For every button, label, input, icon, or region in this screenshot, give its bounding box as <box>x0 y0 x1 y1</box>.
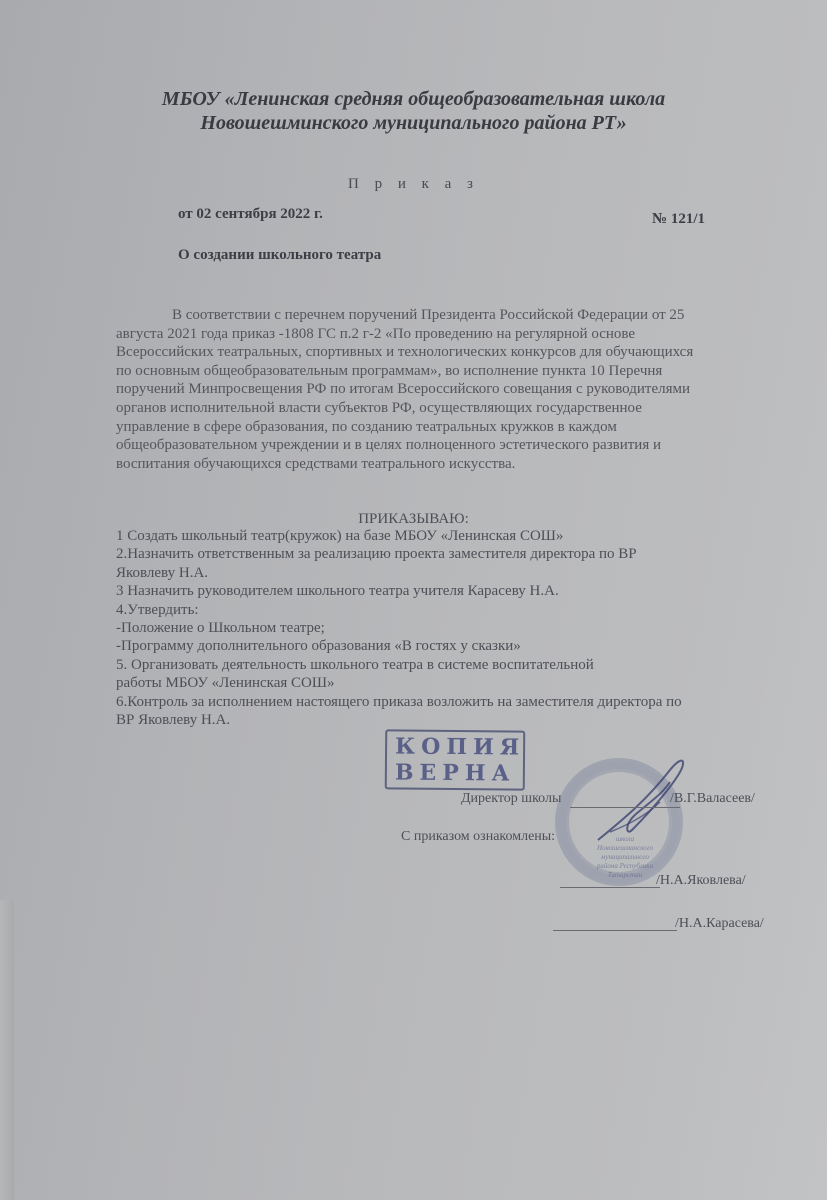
order-item: 3 Назначить руководителем школьного теат… <box>116 582 796 600</box>
preamble-line: В соответствии с перечнем поручений През… <box>116 306 776 325</box>
person2-name: /Н.А.Карасева/ <box>675 916 764 932</box>
preamble-line: общеобразовательном учреждении и в целях… <box>116 436 776 455</box>
preamble-paragraph: В соответствии с перечнем поручений През… <box>116 306 776 473</box>
scanned-document-page: МБОУ «Ленинская средняя общеобразователь… <box>0 0 827 1200</box>
order-item: 2.Назначить ответственным за реализацию … <box>116 545 796 563</box>
order-item: -Положение о Школьном театре; <box>116 619 796 637</box>
order-item: работы МБОУ «Ленинская СОШ» <box>116 674 796 692</box>
orders-list: 1 Создать школьный театр(кружок) на базе… <box>116 527 796 729</box>
order-item: -Программу дополнительного образования «… <box>116 637 796 655</box>
preamble-line: органов исполнительной власти субъектов … <box>116 399 776 418</box>
person2-signature-line <box>553 930 677 931</box>
director-signature-line <box>570 807 680 808</box>
orders-heading: ПРИКАЗЫВАЮ: <box>0 511 827 528</box>
organization-header: МБОУ «Ленинская средняя общеобразователь… <box>0 87 827 135</box>
preamble-line: по основным общеобразовательным программ… <box>116 362 776 381</box>
order-item: 4.Утвердить: <box>116 601 796 619</box>
order-item: 1 Создать школьный театр(кружок) на базе… <box>116 527 796 545</box>
document-title: П р и к а з <box>0 176 827 193</box>
order-item: Яковлеву Н.А. <box>116 564 796 582</box>
person1-name: /Н.А.Яковлева/ <box>656 873 746 889</box>
order-item: 6.Контроль за исполнением настоящего при… <box>116 693 796 711</box>
document-date: от 02 сентября 2022 г. <box>178 206 323 223</box>
order-item: 5. Организовать деятельность школьного т… <box>116 656 796 674</box>
document-number: № 121/1 <box>652 211 705 228</box>
acquainted-label: С приказом ознакомлены: <box>401 829 555 845</box>
header-line-1: МБОУ «Ленинская средняя общеобразователь… <box>0 87 827 111</box>
paper-edge <box>0 900 14 1200</box>
stamp-line-1: КОПИЯ <box>395 733 523 760</box>
order-item: ВР Яковлеву Н.А. <box>116 711 796 729</box>
header-line-2: Новошешминского муниципального района РТ… <box>0 111 827 135</box>
director-name: /В.Г.Валасеев/ <box>670 791 755 807</box>
director-label: Директор школы <box>461 791 561 807</box>
preamble-line: воспитания обучающихся средствами театра… <box>116 455 776 474</box>
preamble-line: управление в сфере образования, по созда… <box>116 418 776 437</box>
preamble-line: августа 2021 года приказ -1808 ГС п.2 г-… <box>116 325 776 344</box>
copy-verified-stamp: КОПИЯ ВЕРНА <box>385 729 526 790</box>
person1-signature-line <box>560 887 660 888</box>
stamp-line-2: ВЕРНА <box>395 759 523 786</box>
preamble-line: Всероссийских театральных, спортивных и … <box>116 343 776 362</box>
preamble-line: поручений Минпросвещения РФ по итогам Вс… <box>116 380 776 399</box>
document-subject: О создании школьного театра <box>178 247 381 264</box>
